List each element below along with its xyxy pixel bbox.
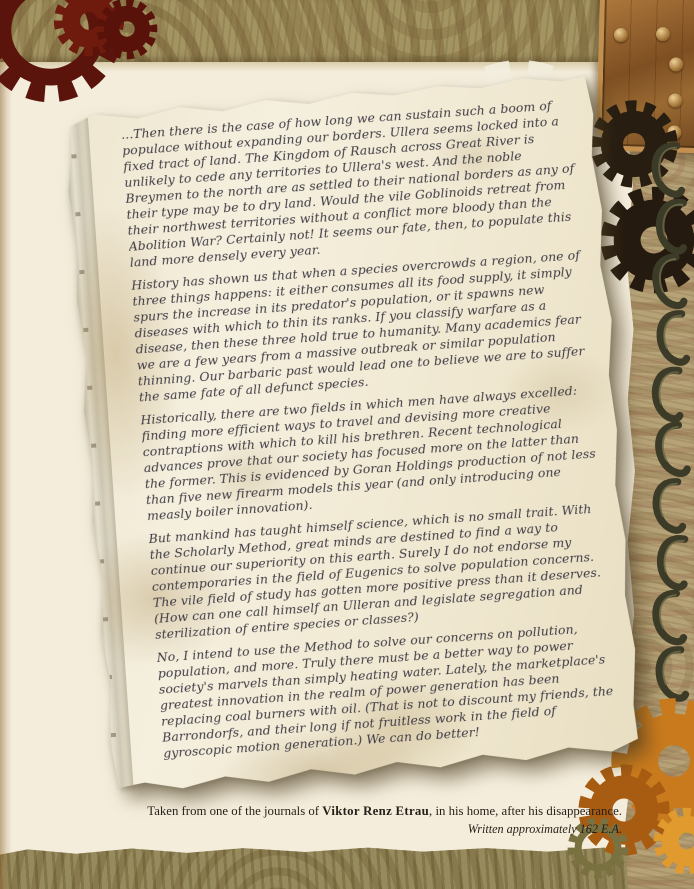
rulebook-page: ...Then there is the case of how long we… [0,0,694,889]
rivet-icon [669,57,683,71]
rivet-icon [656,27,670,41]
journal-text: ...Then there is the case of how long we… [121,96,619,766]
journal-page: ...Then there is the case of how long we… [61,73,645,796]
journal-paragraph: But mankind has taught himself science, … [148,500,611,643]
caption-attribution: Taken from one of the journals of Viktor… [142,803,622,819]
caption-date: Written approximately 162 E.A. [142,822,622,837]
journal-paragraph: History has shown us that when a species… [131,247,595,406]
journal-paper: ...Then there is the case of how long we… [61,73,645,796]
rivet-icon [668,93,682,107]
top-border-fade [0,62,694,72]
rivet-icon [614,28,628,42]
journal-paragraph: No, I intend to use the Method to solve … [156,619,619,762]
journal-paragraph: Historically, there are two fields in wh… [140,381,603,524]
riveted-brass-plate [596,0,694,154]
journal-spine [61,107,134,795]
caption: Taken from one of the journals of Viktor… [142,803,622,837]
bottom-border-texture [0,845,694,889]
caption-author-name: Viktor Renz Etrau [322,804,429,818]
left-border-line [0,0,12,889]
rivet-icon [667,125,681,139]
journal-paragraph: ...Then there is the case of how long we… [121,96,586,271]
caption-suffix: , in his home, after his disappearance. [429,804,622,818]
caption-prefix: Taken from one of the journals of [147,804,322,818]
top-border-texture [0,0,694,62]
spine-stitching [69,118,119,785]
